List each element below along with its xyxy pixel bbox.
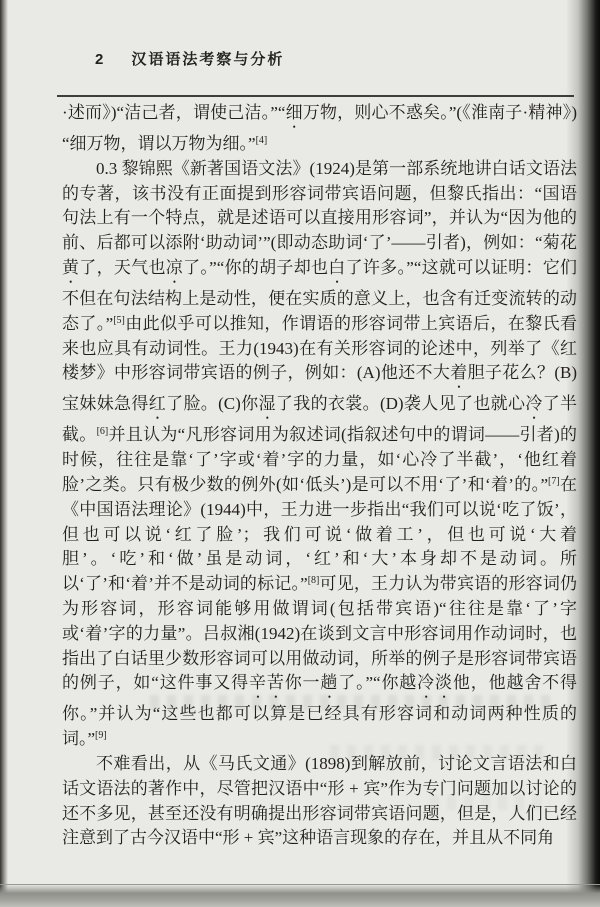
page-number: 2 [95,51,105,68]
page-header: 2 汉语语法考察与分析 [62,48,577,69]
text-run: 了。”“你的胡子却也 [183,258,328,277]
text-run: 了，天气也 [79,258,165,277]
footnote-reference: [6] [97,426,109,437]
body-text: ·述而》)“洁己者，谓使己洁。”“细万物，则心不惑矣。”(《淮南子·精神》)“细… [62,93,577,851]
text-run: 并且认为“凡形容词用为叙述词(指叙述句中的谓词——引者)的时候，往往是靠‘了’字… [62,425,577,494]
emphasized-text: 辛苦 [249,673,285,692]
print-showthrough-artifact [430,795,550,810]
scanned-page: 2 汉语语法考察与分析 ·述而》)“洁己者，谓使己洁。”“细万物，则心不惑矣。”… [0,0,600,907]
emphasized-text: 白 [328,258,345,277]
emphasized-text: 冷 [525,394,542,413]
footnote-reference: [7] [548,476,560,487]
scan-edge-left [0,0,8,907]
footnote-reference: [9] [95,730,107,741]
emphasized-text: 红 [149,394,166,413]
emphasized-text: 黄 [62,258,79,277]
paragraph: 0.3 黎锦熙《新著国语文法》(1924)是第一部系统地讲白话文语法的专著，该书… [62,157,577,752]
emphasized-text: 着 [450,363,467,382]
emphasized-text: 湿 [259,394,276,413]
emphasized-text: 细 [285,103,302,122]
scan-edge-bottom [0,884,600,907]
text-run: 你一 [285,673,321,692]
text-run: ·述而》)“洁己者，谓使己洁。”“ [62,103,285,122]
emphasized-text: 凉 [166,258,183,277]
paragraph: ·述而》)“洁己者，谓使己洁。”“细万物，则心不惑矣。”(《淮南子·精神》)“细… [62,101,577,157]
emphasized-text: 冷淡 [417,673,453,692]
text-run: 了我的衣裳。(D)袭人见了也就心 [276,394,525,413]
footnote-reference: [8] [308,575,320,586]
footnote-reference: [4] [256,135,268,146]
text-run: 了。”“你越 [338,673,417,692]
text-run: 了脸。(C)你 [166,394,258,413]
print-showthrough-artifact [330,745,550,760]
footnote-reference: [5] [113,315,125,326]
text-run: 0.3 黎锦熙《新著国语文法》(1924)是第一部系统地讲白话文语法的专著，该书… [62,159,577,252]
emphasized-text: 趟 [320,673,338,692]
book-gutter-shadow [566,0,600,907]
print-showthrough-artifact [150,695,550,710]
running-title: 汉语语法考察与分析 [131,48,284,69]
